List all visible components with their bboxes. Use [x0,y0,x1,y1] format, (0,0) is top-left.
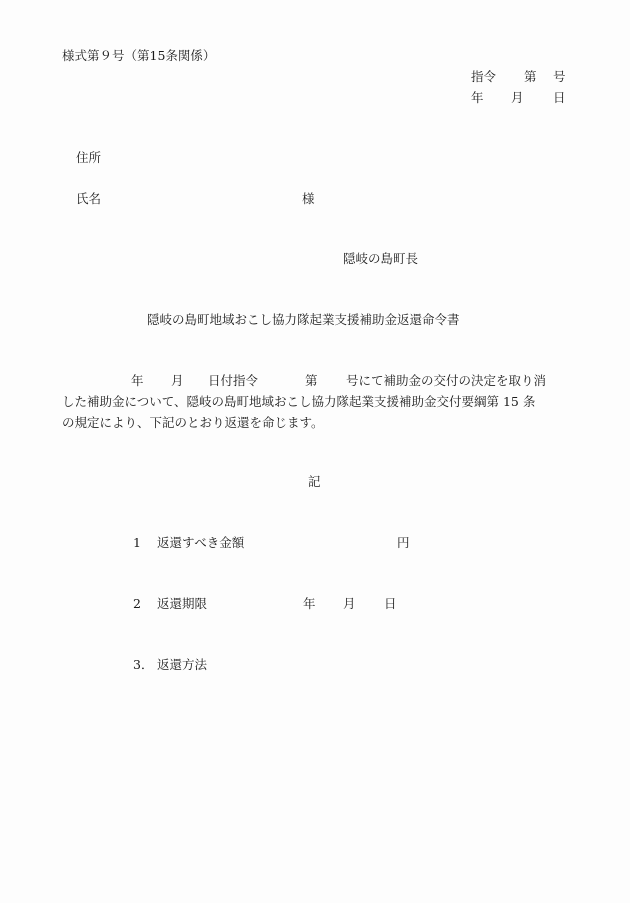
date-month: 月 [511,92,524,105]
item-2-day: 日 [384,598,397,611]
item-1-label: 返還すべき金額 [157,537,244,550]
document-title: 隠岐の島町地域おこし協力隊起業支援補助金返還命令書 [147,314,460,327]
honorific: 様 [302,193,315,206]
body-line1-rest: 号にて補助金の交付の決定を取り消 [346,375,546,388]
body-year: 年 [131,375,144,388]
item-1-num: 1 [133,537,141,550]
order-go: 号 [553,71,566,84]
item-2-num: 2 [133,598,141,611]
item-3-label: 返還方法 [157,659,207,672]
body-dai: 第 [305,375,318,388]
ki-label: 記 [308,476,321,489]
body-day: 日付指令 [208,375,258,388]
form-number-label: 様式第９号（第15条関係） [62,50,215,63]
order-dai: 第 [524,71,537,84]
name-label: 氏名 [76,193,101,206]
body-month: 月 [171,375,184,388]
issuer: 隠岐の島町長 [343,253,418,266]
item-2-label: 返還期限 [157,598,207,611]
body-line2: した補助金について、隠岐の島町地域おこし協力隊起業支援補助金交付要綱第 15 条 [62,396,535,409]
item-1-unit: 円 [397,537,410,550]
item-3-num: 3． [133,659,153,672]
item-2-year: 年 [303,598,316,611]
date-day: 日 [553,92,566,105]
order-label: 指令 [471,71,496,84]
date-year: 年 [471,92,484,105]
body-line3: の規定により、下記のとおり返還を命じます。 [62,417,324,430]
address-label: 住所 [76,152,101,165]
item-2-month: 月 [343,598,356,611]
